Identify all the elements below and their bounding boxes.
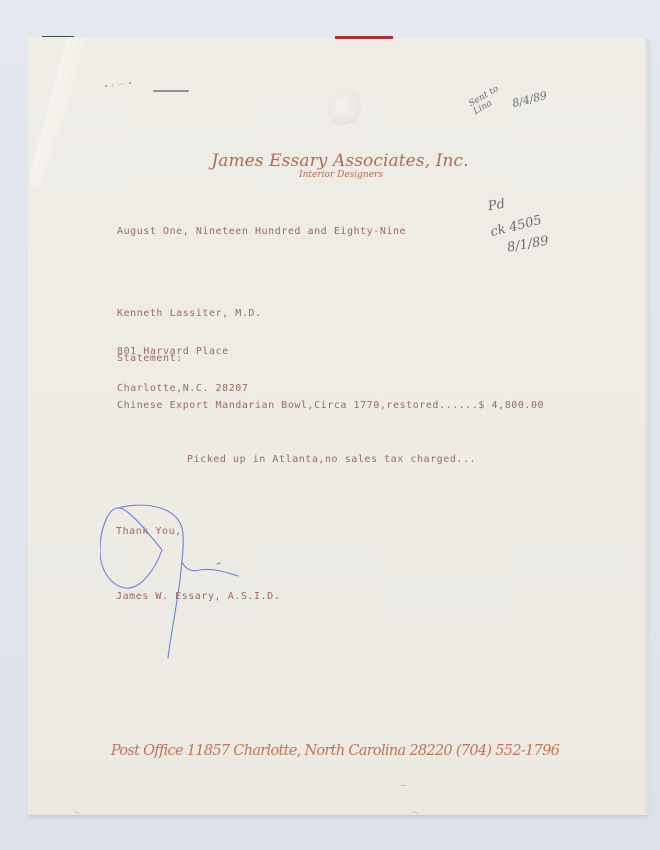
pencil-marks <box>104 80 144 90</box>
tax-note: Picked up in Atlanta,no sales tax charge… <box>187 454 476 466</box>
letter-date: August One, Nineteen Hundred and Eighty-… <box>117 226 406 238</box>
signature <box>100 500 320 670</box>
line-item-description: Chinese Export Mandarian Bowl,Circa 1770… <box>117 400 439 411</box>
company-name: James Essary Associates, Inc. <box>0 151 660 171</box>
staple-mark <box>153 90 189 92</box>
letterhead: James Essary Associates, Inc. Interior D… <box>0 151 660 181</box>
underlying-red-strip <box>335 36 393 39</box>
recipient-address: Kenneth Lassiter, M.D. 801 Harvard Place… <box>117 283 262 408</box>
recipient-name: Kenneth Lassiter, M.D. <box>117 308 262 321</box>
statement-label: Statement: <box>117 353 183 365</box>
line-item-leader: ...... <box>439 400 478 411</box>
footer-address: Post Office 11857 Charlotte, North Carol… <box>0 743 660 759</box>
line-item: Chinese Export Mandarian Bowl,Circa 1770… <box>117 400 544 412</box>
line-item-amount: $ 4,800.00 <box>478 400 544 411</box>
recipient-city: Charlotte,N.C. 28207 <box>117 383 262 396</box>
company-tagline: Interior Designers <box>0 170 660 181</box>
paper-scuff <box>400 785 406 786</box>
handwritten-paid-note: Pd <box>487 198 506 214</box>
embossed-seal <box>327 88 361 126</box>
